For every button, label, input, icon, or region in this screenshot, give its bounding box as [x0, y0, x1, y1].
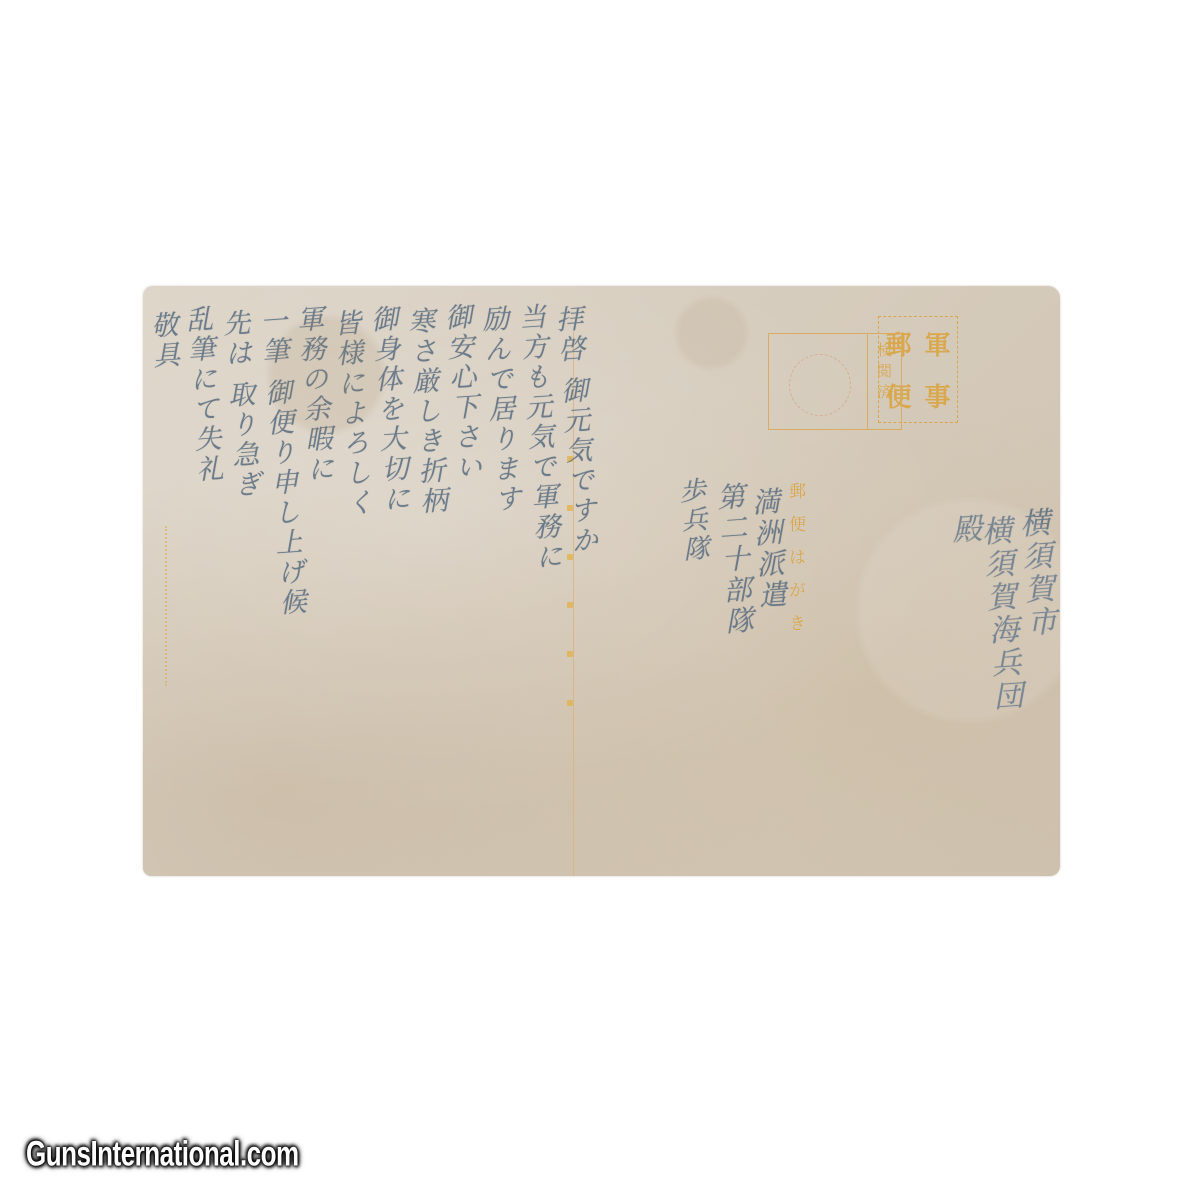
censor-label: 検閲済	[871, 342, 895, 405]
title-char: 事	[925, 377, 951, 414]
recipient-line: 殿	[940, 512, 986, 548]
postcard: 軍 事 郵 便 検閲済 郵便はがき 横須賀市 横須賀海兵団 殿 満洲派遣 第二十…	[143, 286, 1060, 876]
site-watermark: GunsInternational.com	[26, 1133, 299, 1175]
postmark-icon	[789, 354, 851, 416]
message-line: 敬具	[143, 310, 181, 372]
sender-line: 歩兵隊	[671, 476, 714, 565]
stamp-area	[769, 334, 868, 429]
title-char: 軍	[925, 325, 951, 362]
censor-stamp-box: 検閲済	[768, 333, 902, 430]
side-print-dotted-line	[165, 526, 173, 686]
